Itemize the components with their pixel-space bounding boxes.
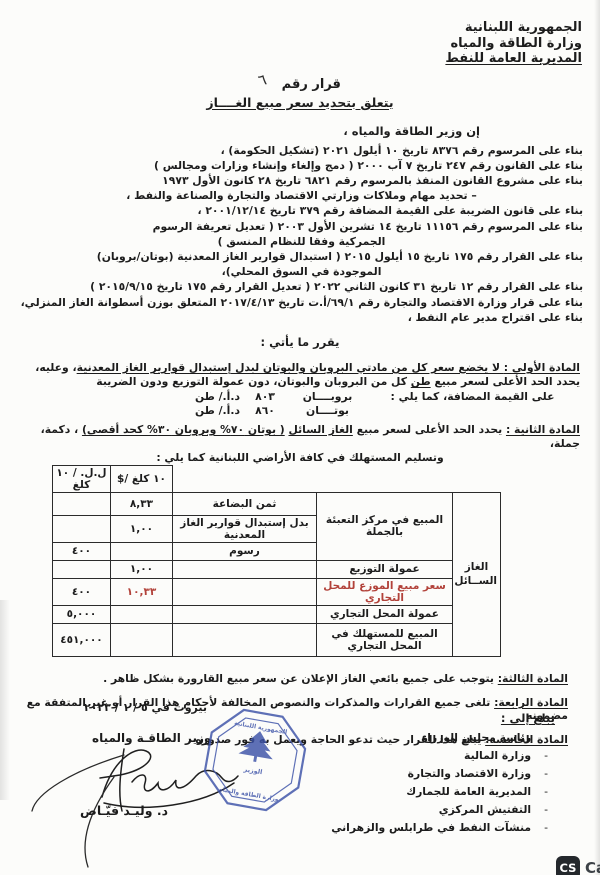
preamble-clause: بناء على المرسوم رقم ٨٣٧٦ تاريخ ١٠ أيلول… <box>20 143 583 158</box>
preamble-clause-continuation: – تحديد مهام وملاكات وزارتي الاقتصاد وال… <box>20 188 583 203</box>
butane-price-line: بوتــــان ٨٦٠ د.أ./ طن <box>20 404 580 419</box>
stamp-center-text: الوزير <box>242 765 263 776</box>
stamp-bottom-text: وزارة الطاقة والمياه <box>219 786 280 803</box>
preamble-clause-continuation: الجمركية وفقا للنظام المنسق ) <box>20 234 583 249</box>
decree-subject: يتعلق بتحديد سعر مبيع الغــــاز <box>0 95 600 110</box>
preamble-clauses: بناء على المرسوم رقم ٨٣٧٦ تاريخ ١٠ أيلول… <box>20 143 583 325</box>
decree-number-handwritten: ٦ <box>256 70 268 89</box>
table-row: عمولة التوزيع ١,٠٠ <box>52 560 500 578</box>
letterhead-directorate: المديرية العامة للنفط <box>0 51 582 67</box>
preamble-clause: بناء على القرار رقم ١٧٥ تاريخ ١٥ أيلول ٢… <box>20 249 583 264</box>
article-1-label: المادة الأولى : <box>504 361 580 374</box>
article-3-label: المادة الثالثة: <box>498 672 568 685</box>
propane-unit: د.أ./ طن <box>180 390 240 405</box>
table-header-spacer <box>172 465 500 492</box>
distribution-item: -منشآت النفط في طرابلس والزهراني <box>331 819 548 837</box>
propane-label: بروبــــان <box>290 390 365 405</box>
camscanner-badge: CS <box>556 856 580 875</box>
preamble-clause: بناء على قانون الضريبة على القيمة المضاف… <box>20 203 583 218</box>
propane-price-line: على القيمة المضافة، كما يلي : بروبــــان… <box>20 390 580 405</box>
lbp-per-10kg-header: ل.ل. / ١٠ كلغ <box>52 465 110 492</box>
resolution-line: يقرر ما يأتي : <box>0 335 600 349</box>
butane-label: بوتــــان <box>290 404 365 419</box>
table-row-highlighted: سعر مبيع الموزع للمحل التجاري ١٠,٣٣ ٤٠٠ <box>52 578 500 605</box>
table-row: عمولة المحل التجاري ٥,٠٠٠ <box>52 605 500 623</box>
distribution-item: -وزارة الاقتصاد والتجارة <box>331 765 548 783</box>
article-1: المادة الأولى : لا يخضع سعر كل من مادتي … <box>20 361 580 419</box>
letterhead-ministry: وزارة الطاقة والمياه <box>0 36 582 52</box>
letterhead: الجمهورية اللبنانية وزارة الطاقة والمياه… <box>0 0 600 67</box>
preamble-clause-continuation: الموجودة في السوق المحلي)، <box>20 264 583 279</box>
table-row: المبيع للمستهلك في المحل التجاري ٤٥١,٠٠٠ <box>52 623 500 656</box>
place-and-date: بيروت في ٥ / ١ / ٢٠٢٣ <box>84 701 207 714</box>
distributor-price-label: سعر مبيع الموزع للمحل التجاري <box>317 578 453 605</box>
distribution-item: -رئاسة مجلس الوزراء <box>331 729 548 747</box>
article-2: المادة الثانية : يحدد الحد الأعلى لسعر م… <box>20 423 580 465</box>
liquid-gas-group-label: الغاز الســائل <box>453 492 501 656</box>
preamble-clause: بناء على القرار رقم ١٢ تاريخ ٣١ كانون ال… <box>20 279 583 294</box>
gas-price-table: $/ ١٠ كلغ ل.ل. / ١٠ كلغ الغاز الســائل ا… <box>52 465 501 657</box>
usd-per-10kg-header: $/ ١٠ كلغ <box>110 465 172 492</box>
scanned-decree-page: الجمهورية اللبنانية وزارة الطاقة والمياه… <box>0 0 600 875</box>
butane-price: ٨٦٠ <box>240 404 290 419</box>
article-1-underlined: لا يخضع سعر كل من مادتي البروبان والبوتا… <box>77 361 504 374</box>
ton-word: طن <box>411 375 431 388</box>
cedar-icon <box>238 728 278 765</box>
preamble-clause: بناء على مشروع القانون المنفذ بالمرسوم ر… <box>20 173 583 188</box>
article-3: المادة الثالثة: يتوجب على جميع بائعي الغ… <box>20 672 568 685</box>
decree-title: قرار رقم ٦ <box>0 74 600 92</box>
butane-unit: د.أ./ طن <box>180 404 240 419</box>
distribution-item: -وزارة المالية <box>331 747 548 765</box>
decree-label: قرار رقم <box>282 77 341 92</box>
footer-block: بيروت في ٥ / ١ / ٢٠٢٣ وزير الطاقـة والمي… <box>0 693 600 875</box>
minister-name: د. وليـد فيّـاض <box>80 803 168 818</box>
distribution-list: -رئاسة مجلس الوزراء -وزارة المالية -وزار… <box>331 729 548 837</box>
letterhead-country: الجمهورية اللبنانية <box>0 20 582 36</box>
preamble-clause: بناء على قرار وزارة الاقتصاد والتجارة رق… <box>20 295 583 310</box>
preamble-clause: بناء على القانون رقم ٢٤٧ تاريخ ٧ آب ٢٠٠٠… <box>20 158 583 173</box>
article-2-label: المادة الثانية : <box>506 423 580 436</box>
table-row: الغاز الســائل المبيع في مركز التعبئة با… <box>52 492 500 515</box>
distribution-heading: يبلغ إلى : <box>501 711 555 725</box>
preamble-clause: بناء على اقتراح مدير عام النفط ، <box>20 310 583 325</box>
camscanner-watermark: CamScanner <box>585 859 600 875</box>
ministry-stamp: الجمهورية اللبنانية الوزير وزارة الطاقة … <box>200 705 310 815</box>
distributor-price-usd: ١٠,٣٣ <box>110 578 172 605</box>
minister-intro: إن وزير الطاقة والمياه ، <box>0 124 480 138</box>
wholesale-category: المبيع في مركز التعبئة بالجملة <box>317 492 453 560</box>
distribution-item: -المديرية العامة للجمارك <box>331 783 548 801</box>
distribution-item: -التفتيش المركزي <box>331 801 548 819</box>
propane-price: ٨٠٣ <box>240 390 290 405</box>
preamble-clause: بناء على المرسوم رقم ١١١٥٦ تاريخ ١٤ تشري… <box>20 219 583 234</box>
